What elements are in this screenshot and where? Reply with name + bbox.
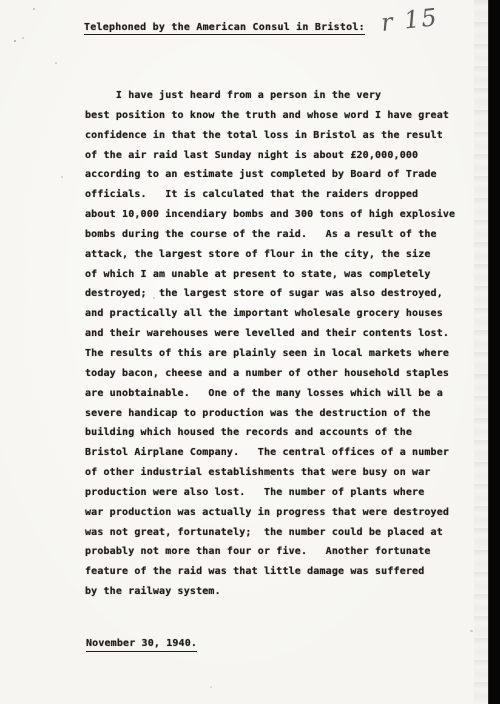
- text-line: severe handicap to production was the de…: [85, 404, 465, 424]
- handwritten-annotation: r 15: [380, 3, 440, 37]
- text-line: bombs during the course of the raid. As …: [85, 225, 465, 245]
- text-line: building which housed the records and ac…: [85, 423, 465, 443]
- scan-speck: [210, 686, 212, 688]
- document-date: November 30, 1940.: [86, 638, 197, 652]
- scan-speck: [55, 62, 57, 64]
- document-title: Telephoned by the American Consul in Bri…: [84, 22, 365, 35]
- text-line: of the air raid last Sunday night is abo…: [85, 146, 465, 166]
- text-line: probably not more than four or five. Ano…: [85, 542, 465, 562]
- text-line: The results of this are plainly seen in …: [85, 344, 465, 364]
- text-line: destroyed; the largest store of sugar wa…: [85, 284, 465, 304]
- text-line: according to an estimate just completed …: [85, 165, 465, 185]
- text-line: today bacon, cheese and a number of othe…: [85, 364, 465, 384]
- text-line: and practically all the important wholes…: [85, 304, 465, 324]
- text-line: war production was actually in progress …: [85, 503, 465, 523]
- text-line: and their warehouses were levelled and t…: [85, 324, 465, 344]
- document-body: I have just heard from a person in the v…: [85, 86, 465, 602]
- text-line: of other industrial establishments that …: [85, 463, 465, 483]
- scan-speck: [470, 630, 473, 632]
- text-line: confidence in that the total loss in Bri…: [85, 126, 465, 146]
- text-line: I have just heard from a person in the v…: [85, 86, 465, 106]
- text-line: best position to know the truth and whos…: [85, 106, 465, 126]
- scan-speck: [153, 297, 155, 299]
- text-line: feature of the raid was that little dama…: [85, 562, 465, 582]
- scan-speck: [33, 8, 35, 10]
- text-line: was not great, fortunately; the number c…: [85, 523, 465, 543]
- scan-speck: [22, 37, 24, 39]
- text-line: production were also lost. The number of…: [85, 483, 465, 503]
- scan-edge-strip: [488, 0, 500, 704]
- text-line: of which I am unable at present to state…: [85, 265, 465, 285]
- scanned-document-page: Telephoned by the American Consul in Bri…: [0, 0, 500, 704]
- text-line: attack, the largest store of flour in th…: [85, 245, 465, 265]
- text-line: officials. It is calculated that the rai…: [85, 185, 465, 205]
- paper-edge-shadow: [474, 0, 488, 704]
- text-line: by the railway system.: [85, 582, 465, 602]
- text-line: Bristol Airplane Company. The central of…: [85, 443, 465, 463]
- scan-speck: [61, 176, 63, 178]
- scan-speck: [14, 40, 16, 42]
- text-line: about 10,000 incendiary bombs and 300 to…: [85, 205, 465, 225]
- text-line: are unobtainable. One of the many losses…: [85, 384, 465, 404]
